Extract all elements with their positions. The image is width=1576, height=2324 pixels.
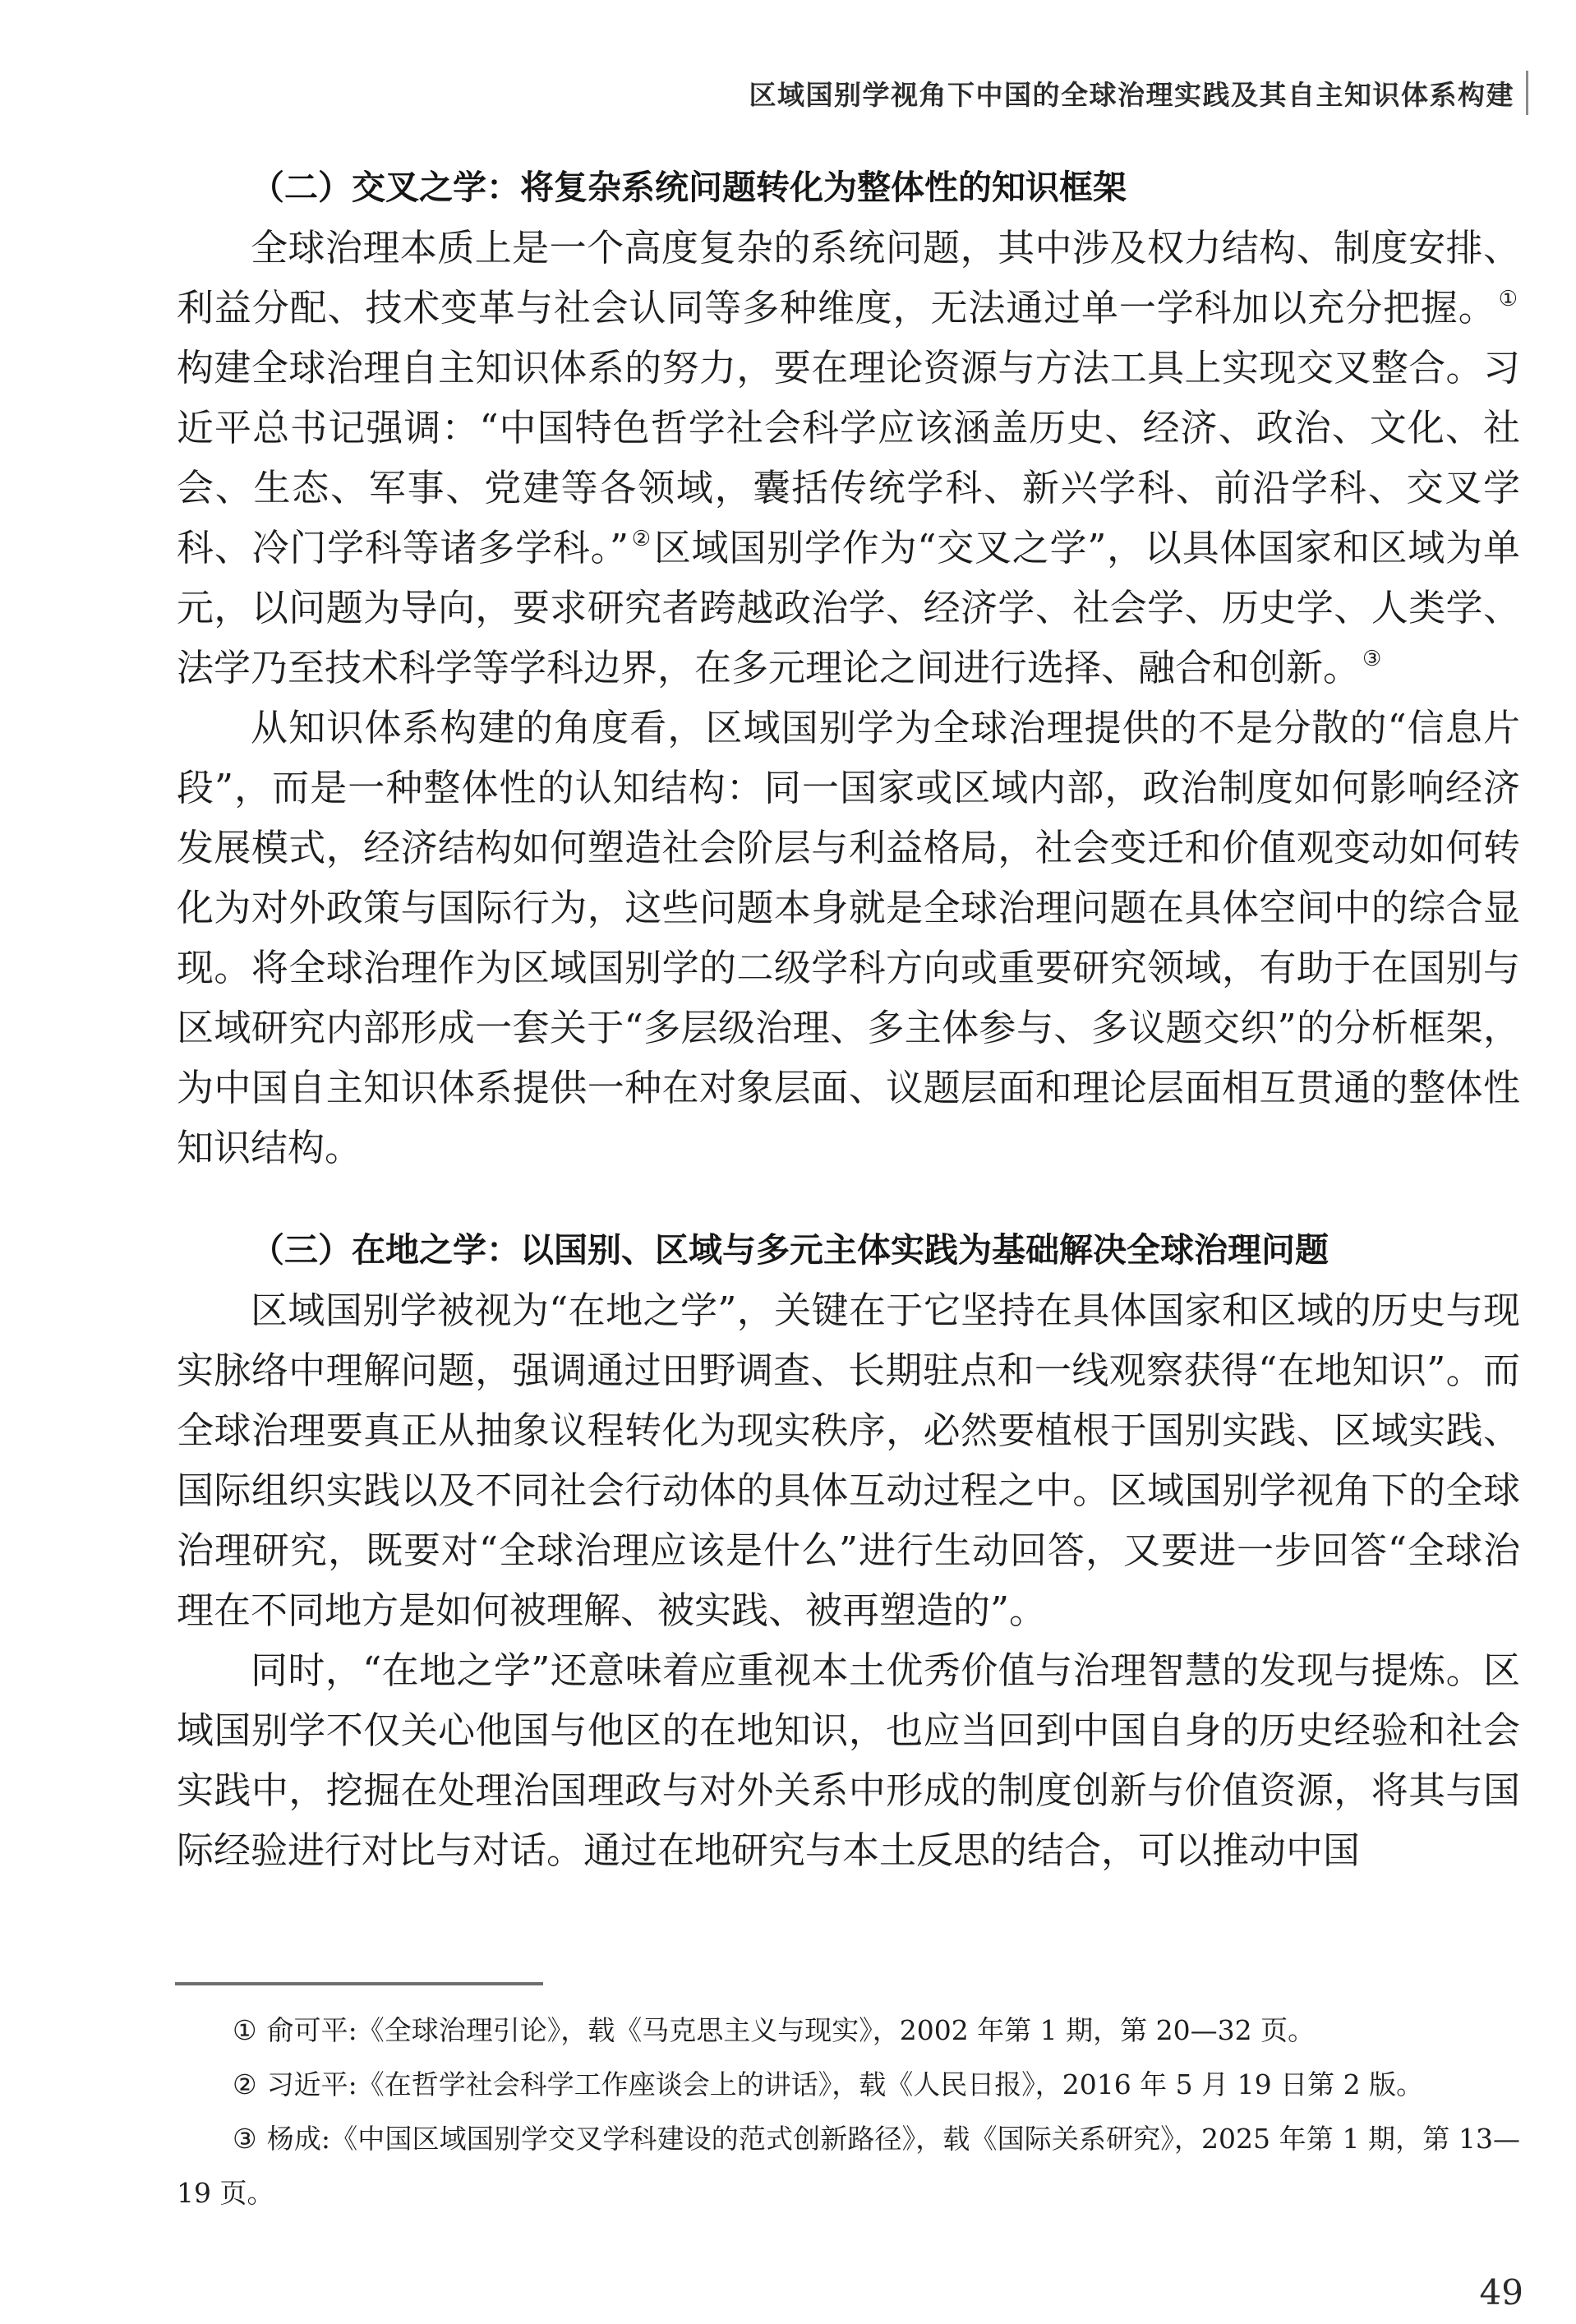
footnote-separator bbox=[175, 1982, 543, 1985]
footnote-text: 杨成:《中国区域国别学交叉学科建设的范式创新路径》，载《国际关系研究》，2025… bbox=[177, 2123, 1520, 2209]
footnote-ref-marker: ③ bbox=[1360, 647, 1384, 671]
page-number: 49 bbox=[1480, 2272, 1523, 2312]
section: （二）交叉之学：将复杂系统问题转化为整体性的知识框架全球治理本质上是一个高度复杂… bbox=[177, 158, 1520, 1178]
document-body: （二）交叉之学：将复杂系统问题转化为整体性的知识框架全球治理本质上是一个高度复杂… bbox=[177, 158, 1520, 1880]
section-heading: （三）在地之学：以国别、区域与多元主体实践为基础解决全球治理问题 bbox=[177, 1220, 1520, 1280]
footnote-marker: ③ bbox=[233, 2123, 257, 2155]
footnote-marker: ① bbox=[233, 2014, 257, 2046]
body-paragraph: 同时，“在地之学”还意味着应重视本土优秀价值与治理智慧的发现与提炼。区域国别学不… bbox=[177, 1640, 1520, 1880]
section-heading: （二）交叉之学：将复杂系统问题转化为整体性的知识框架 bbox=[177, 158, 1520, 218]
page-header: 区域国别学视角下中国的全球治理实践及其自主知识体系构建 bbox=[0, 71, 1528, 115]
footnote-item: ③杨成:《中国区域国别学交叉学科建设的范式创新路径》，载《国际关系研究》，202… bbox=[177, 2112, 1520, 2220]
section: （三）在地之学：以国别、区域与多元主体实践为基础解决全球治理问题区域国别学被视为… bbox=[177, 1220, 1520, 1880]
sections-container: （二）交叉之学：将复杂系统问题转化为整体性的知识框架全球治理本质上是一个高度复杂… bbox=[177, 158, 1520, 1880]
running-title: 区域国别学视角下中国的全球治理实践及其自主知识体系构建 bbox=[749, 74, 1515, 113]
footnote-text: 俞可平:《全球治理引论》，载《马克思主义与现实》，2002 年第 1 期，第 2… bbox=[267, 2014, 1316, 2046]
footnote-item: ①俞可平:《全球治理引论》，载《马克思主义与现实》，2002 年第 1 期，第 … bbox=[177, 2004, 1520, 2058]
footnote-item: ②习近平:《在哲学社会科学工作座谈会上的讲话》，载《人民日报》，2016 年 5… bbox=[177, 2058, 1520, 2112]
footnote-text: 习近平:《在哲学社会科学工作座谈会上的讲话》，载《人民日报》，2016 年 5 … bbox=[267, 2068, 1424, 2100]
footnote-marker: ② bbox=[233, 2068, 257, 2100]
footnote-ref-marker: ① bbox=[1496, 287, 1520, 311]
body-paragraph: 区域国别学被视为“在地之学”，关键在于它坚持在具体国家和区域的历史与现实脉络中理… bbox=[177, 1280, 1520, 1640]
body-paragraph: 从知识体系构建的角度看，区域国别学为全球治理提供的不是分散的“信息片段”，而是一… bbox=[177, 698, 1520, 1178]
footnotes-block: ①俞可平:《全球治理引论》，载《马克思主义与现实》，2002 年第 1 期，第 … bbox=[177, 2004, 1520, 2220]
footnotes-container: ①俞可平:《全球治理引论》，载《马克思主义与现实》，2002 年第 1 期，第 … bbox=[177, 2004, 1520, 2220]
body-paragraph: 全球治理本质上是一个高度复杂的系统问题，其中涉及权力结构、制度安排、利益分配、技… bbox=[177, 218, 1520, 698]
header-divider-bar bbox=[1526, 71, 1528, 115]
footnote-ref-marker: ② bbox=[629, 527, 654, 551]
